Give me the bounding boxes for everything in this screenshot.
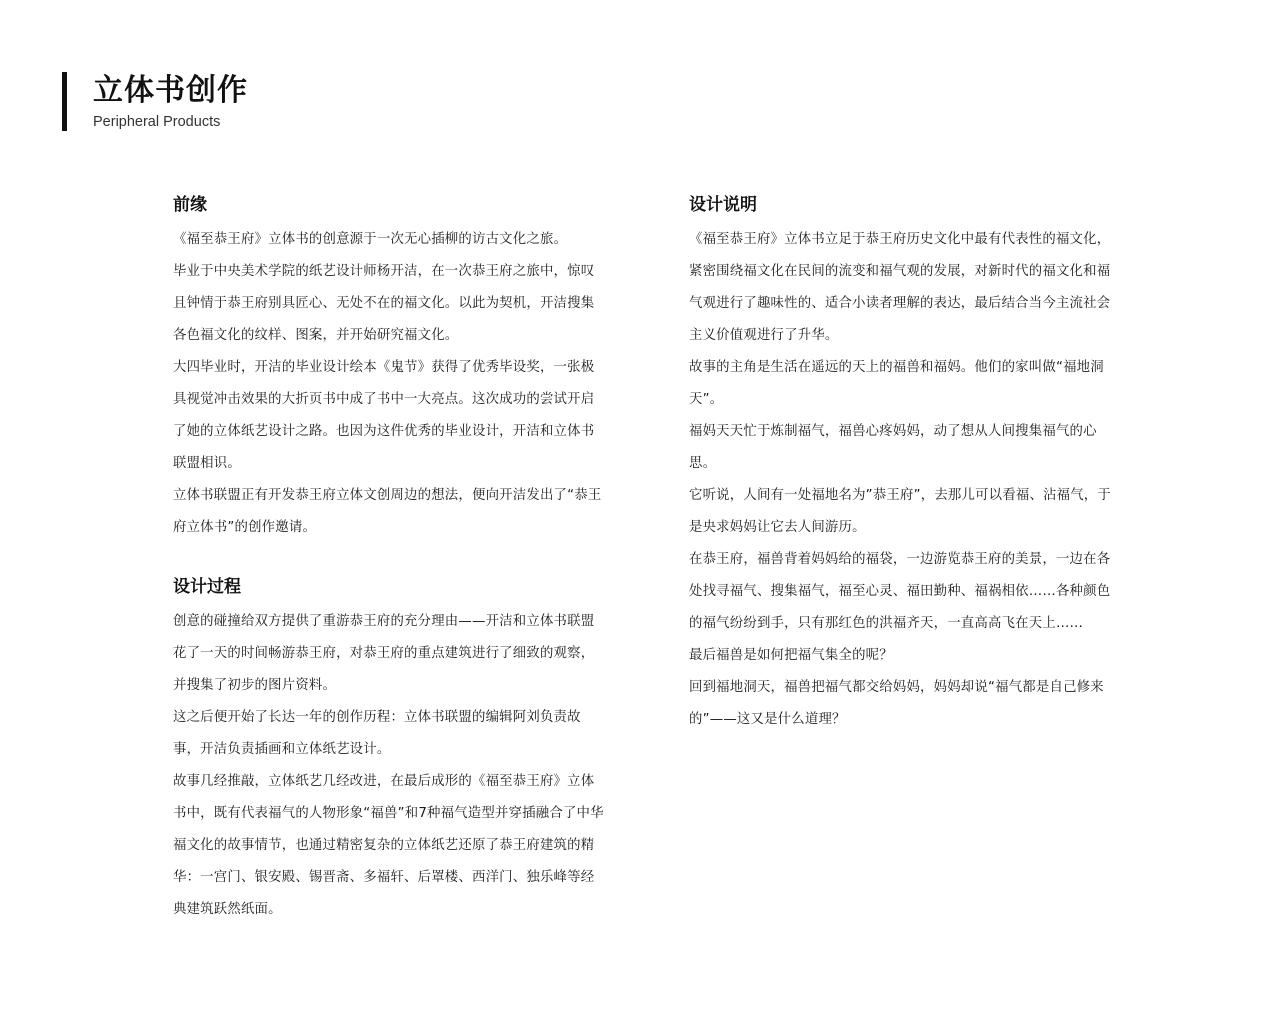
section-origin: 前缘 《福至恭王府》立体书的创意源于一次无心插柳的访古文化之旅。 毕业于中央美术… [173,192,613,544]
page-subtitle: Peripheral Products [93,113,220,131]
paragraph: 《福至恭王府》立体书的创意源于一次无心插柳的访古文化之旅。 [173,224,605,256]
section-heading: 设计说明 [689,192,1129,218]
page-title: 立体书创作 [93,72,248,110]
section-design-process: 设计过程 创意的碰撞给双方提供了重游恭王府的充分理由——开洁和立体书联盟花了一天… [173,574,613,926]
paragraph: 创意的碰撞给双方提供了重游恭王府的充分理由——开洁和立体书联盟花了一天的时间畅游… [173,606,605,702]
paragraph: 毕业于中央美术学院的纸艺设计师杨开洁，在一次恭王府之旅中，惊叹且钟情于恭王府别具… [173,256,605,352]
section-heading: 前缘 [173,192,613,218]
paragraph: 在恭王府，福兽背着妈妈给的福袋，一边游览恭王府的美景，一边在各处找寻福气、搜集福… [689,544,1121,640]
paragraph: 故事的主角是生活在遥远的天上的福兽和福妈。他们的家叫做“福地洞天”。 [689,352,1121,416]
left-column: 前缘 《福至恭王府》立体书的创意源于一次无心插柳的访古文化之旅。 毕业于中央美术… [173,192,613,926]
title-accent-bar [62,72,67,131]
paragraph: 福妈天天忙于炼制福气，福兽心疼妈妈，动了想从人间搜集福气的心思。 [689,416,1121,480]
paragraph: 最后福兽是如何把福气集全的呢？ [689,640,1121,672]
paragraph: 《福至恭王府》立体书立足于恭王府历史文化中最有代表性的福文化，紧密围绕福文化在民… [689,224,1121,352]
paragraph: 大四毕业时，开洁的毕业设计绘本《鬼节》获得了优秀毕设奖，一张极具视觉冲击效果的大… [173,352,605,480]
right-column: 设计说明 《福至恭王府》立体书立足于恭王府历史文化中最有代表性的福文化，紧密围绕… [689,192,1129,736]
section-design-notes: 设计说明 《福至恭王府》立体书立足于恭王府历史文化中最有代表性的福文化，紧密围绕… [689,192,1129,736]
paragraph: 这之后便开始了长达一年的创作历程：立体书联盟的编辑阿刘负责故事，开洁负责插画和立… [173,702,605,766]
section-heading: 设计过程 [173,574,613,600]
paragraph: 故事几经推敲，立体纸艺几经改进，在最后成形的《福至恭王府》立体书中，既有代表福气… [173,766,605,926]
paragraph: 立体书联盟正有开发恭王府立体文创周边的想法，便向开洁发出了“恭王府立体书”的创作… [173,480,605,544]
paragraph: 它听说，人间有一处福地名为”恭王府”，去那儿可以看福、沾福气，于是央求妈妈让它去… [689,480,1121,544]
paragraph: 回到福地洞天，福兽把福气都交给妈妈，妈妈却说“福气都是自己修来的”——这又是什么… [689,672,1121,736]
